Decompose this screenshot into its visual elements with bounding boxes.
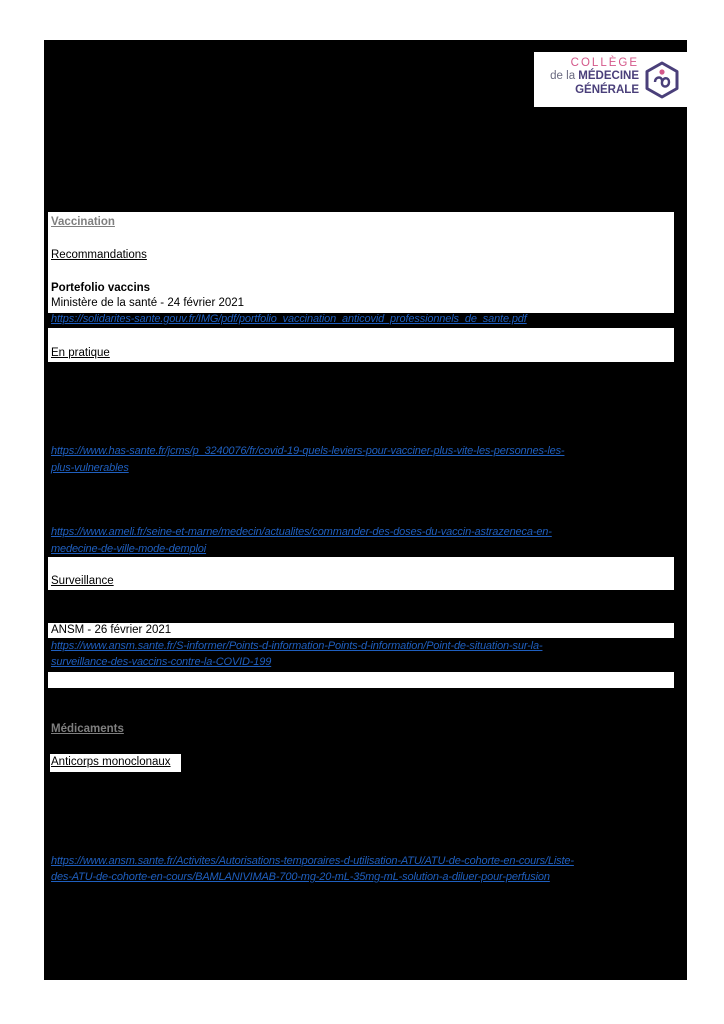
link-ansm-surveillance-line-2[interactable]: surveillance-des-vaccins-contre-la-COVID…: [51, 656, 271, 668]
surveillance-box: [48, 557, 674, 590]
link-ansm-surveillance-line-1[interactable]: https://www.ansm.sante.fr/S-informer/Poi…: [51, 640, 542, 652]
logo-line-2: de la MÉDECINE: [550, 70, 639, 82]
logo-line-2-prefix: de la: [550, 70, 578, 82]
section-title-medicaments: Médicaments: [51, 723, 124, 735]
link-ansm-atu-line-2[interactable]: des-ATU-de-cohorte-en-cours/BAMLANIVIMAB…: [51, 871, 550, 883]
hexagon-logo-icon: [643, 60, 681, 100]
college-medecine-generale-logo: COLLÈGE de la MÉDECINE GÉNÉRALE: [534, 52, 687, 107]
section-title-vaccination: Vaccination: [51, 216, 115, 228]
link-ameli-line-2[interactable]: medecine-de-ville-mode-demploi: [51, 543, 206, 555]
link-ameli-line-1[interactable]: https://www.ameli.fr/seine-et-marne/mede…: [51, 526, 552, 538]
logo-line-3: GÉNÉRALE: [575, 84, 639, 96]
item-source-ministere: Ministère de la santé - 24 février 2021: [51, 297, 244, 309]
logo-line-1: COLLÈGE: [571, 57, 639, 69]
heading-anticorps-monoclonaux: Anticorps monoclonaux: [51, 756, 171, 768]
link-portfolio-vaccination[interactable]: https://solidarites-sante.gouv.fr/IMG/pd…: [51, 313, 527, 325]
link-has-sante-line-2[interactable]: plus-vulnerables: [51, 462, 129, 474]
heading-en-pratique: En pratique: [51, 347, 110, 359]
logo-line-2-bold: MÉDECINE: [578, 70, 639, 82]
en-pratique-box: [48, 328, 674, 362]
item-title-portefolio: Portefolio vaccins: [51, 282, 150, 294]
item-source-ansm: ANSM - 26 février 2021: [51, 624, 171, 636]
link-has-sante-line-1[interactable]: https://www.has-sante.fr/jcms/p_3240076/…: [51, 445, 564, 457]
heading-surveillance: Surveillance: [51, 575, 114, 587]
document-page: [44, 40, 687, 980]
heading-recommandations: Recommandations: [51, 249, 147, 261]
empty-box: [48, 672, 674, 688]
link-ansm-atu-line-1[interactable]: https://www.ansm.sante.fr/Activites/Auto…: [51, 855, 574, 867]
